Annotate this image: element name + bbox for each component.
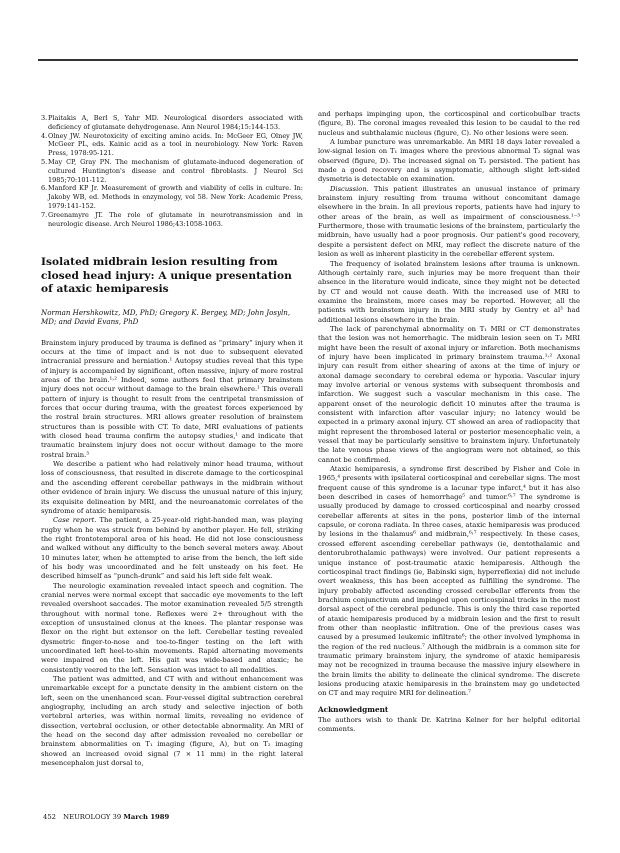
body-paragraph: The lack of parenchymal abnormality on T… bbox=[318, 325, 580, 465]
page-number: 452 bbox=[43, 813, 56, 821]
reference-item: 7.Greenamyre JT. The role of glutamate i… bbox=[41, 211, 303, 229]
body-paragraph: Case report. The patient, a 25-year-old … bbox=[41, 516, 303, 581]
article-authors: Norman Hershkowitz, MD, PhD; Gregory K. … bbox=[41, 308, 303, 327]
body-paragraph: The neurologic examination revealed inta… bbox=[41, 582, 303, 675]
body-paragraph: Ataxic hemiparesis, a syndrome first des… bbox=[318, 465, 580, 699]
body-paragraph: and perhaps impinging upon, the corticos… bbox=[318, 110, 580, 138]
reference-item: 5.May CP, Gray PN. The mechanism of glut… bbox=[41, 158, 303, 184]
page-footer: 452 NEUROLOGY 39 March 1989 bbox=[43, 813, 169, 821]
reference-list: 3.Plaitakis A, Berl S, Yahr MD. Neurolog… bbox=[41, 114, 303, 228]
body-paragraph: We describe a patient who had relatively… bbox=[41, 460, 303, 516]
case-report-heading: Case report. bbox=[53, 516, 96, 524]
body-paragraph: Discussion. This patient illustrates an … bbox=[318, 185, 580, 260]
body-paragraph: A lumbar puncture was unremarkable. An M… bbox=[318, 138, 580, 185]
discussion-heading: Discussion. bbox=[330, 185, 369, 193]
reference-item: 4.Olney JW. Neurotoxicity of exciting am… bbox=[41, 132, 303, 158]
left-column: 3.Plaitakis A, Berl S, Yahr MD. Neurolog… bbox=[41, 114, 303, 768]
acknowledgment-heading: Acknowledgment bbox=[318, 705, 580, 714]
header-rule bbox=[38, 59, 578, 61]
body-paragraph: The patient was admitted, and CT with an… bbox=[41, 675, 303, 768]
article-title: Isolated midbrain lesion resulting from … bbox=[41, 256, 303, 297]
issue-date: March 1989 bbox=[123, 813, 169, 821]
reference-item: 3.Plaitakis A, Berl S, Yahr MD. Neurolog… bbox=[41, 114, 303, 132]
body-paragraph: The frequency of isolated brainstem lesi… bbox=[318, 260, 580, 325]
reference-item: 6.Manford KP Jr. Measurement of growth a… bbox=[41, 184, 303, 210]
journal-name: NEUROLOGY 39 bbox=[63, 813, 121, 821]
acknowledgment-text: The authors wish to thank Dr. Katrina Ke… bbox=[318, 716, 580, 735]
body-paragraph: Brainstem injury produced by trauma is d… bbox=[41, 339, 303, 460]
right-column: and perhaps impinging upon, the corticos… bbox=[318, 110, 580, 734]
